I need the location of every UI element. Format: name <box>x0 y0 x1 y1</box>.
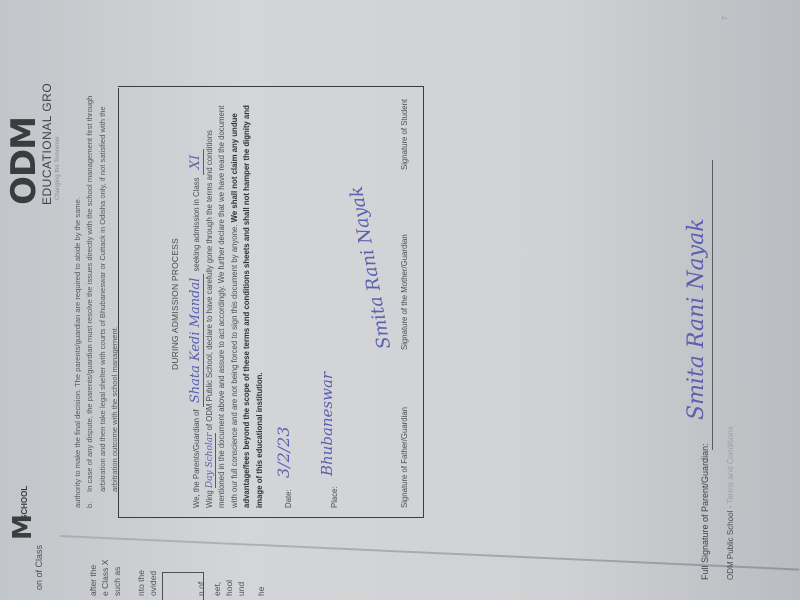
declaration-part2: seeking admission in Class <box>192 177 201 271</box>
footer-school-name: ODM Public School <box>726 511 735 580</box>
wing-label: Wing <box>205 490 214 508</box>
document-page: ODM EDUCATIONAL GRO Changing the Tomorro… <box>0 0 800 600</box>
declaration-text: We, the Parents/Guardian of Shata Kedi M… <box>190 96 266 508</box>
student-signature-label: Signature of Student <box>400 99 409 170</box>
footer-doc-title: Terms and Conditions <box>726 426 735 503</box>
page-number: 7 <box>722 16 729 20</box>
date-field[interactable]: 3/2/23 <box>274 427 293 479</box>
full-signature-field[interactable]: Smita Rani Nayak <box>684 218 709 420</box>
educational-group-name: EDUCATIONAL GRO <box>40 83 54 205</box>
section-heading: DURING ADMISSION PROCESS <box>170 238 180 370</box>
clause-b-text: In case of any dispute, the parents/guar… <box>84 88 122 492</box>
class-field[interactable]: XI <box>188 149 204 175</box>
declaration-part1: We, the Parents/Guardian of <box>192 409 201 508</box>
full-signature-label: Full Signature of Parent/Guardian: <box>700 443 710 580</box>
mother-signature-label: Signature of the Mother/Guardian <box>400 234 409 350</box>
clause-b-label: b. <box>84 496 97 508</box>
date-label: Date: <box>284 489 293 508</box>
footer-school: ODM Public School · Terms and Conditions <box>726 426 735 580</box>
full-signature-line <box>712 160 713 450</box>
odm-logo: ODM <box>4 117 44 205</box>
wing-field[interactable]: Day Scholar <box>205 433 216 489</box>
place-label: Place: <box>330 486 339 508</box>
clause-continuation: authority to make the final decision. Th… <box>72 88 85 508</box>
father-signature-label: Signature of Father/Guardian <box>400 407 409 508</box>
place-field[interactable]: Bhubaneswar <box>318 372 336 476</box>
logo-tagline: Changing the Tomorrow <box>55 136 61 200</box>
student-name-field[interactable]: Shata Kedi Mandal <box>188 274 204 407</box>
